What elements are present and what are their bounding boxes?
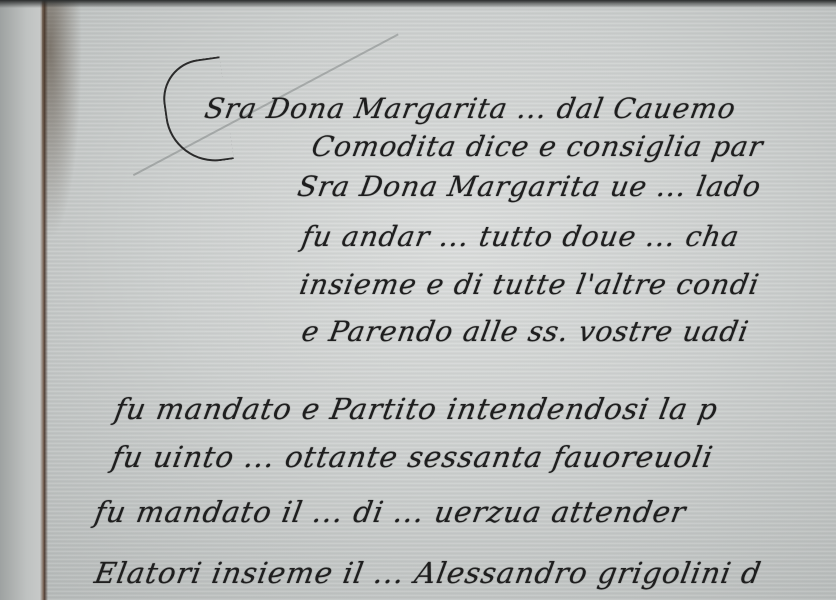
- top-shadow: [0, 0, 836, 8]
- manuscript-line-1: Sra Dona Margarita ... dal Cauemo: [202, 92, 739, 125]
- manuscript-line-8: fu uinto ... ottante sessanta fauoreuoli: [109, 440, 716, 474]
- manuscript-page: Sra Dona Margarita ... dal Cauemo Comodi…: [0, 0, 836, 600]
- manuscript-line-5: insieme e di tutte l'altre condi: [297, 268, 762, 301]
- paper-stain: [42, 0, 82, 240]
- manuscript-line-4: fu andar ... tutto doue ... cha: [299, 220, 742, 253]
- page-left-edge: [0, 0, 44, 600]
- manuscript-line-9: fu mandato il ... di ... uerzua attender: [92, 495, 689, 529]
- manuscript-line-7: fu mandato e Partito intendendosi la p: [112, 392, 721, 426]
- manuscript-line-3: Sra Dona Margarita ue ... lado: [295, 170, 764, 203]
- manuscript-line-2: Comodita dice e consiglia par: [309, 130, 766, 163]
- manuscript-line-10: Elatori insieme il ... Alessandro grigol…: [92, 556, 764, 590]
- manuscript-line-6: e Parendo alle ss. vostre uadi: [299, 315, 752, 348]
